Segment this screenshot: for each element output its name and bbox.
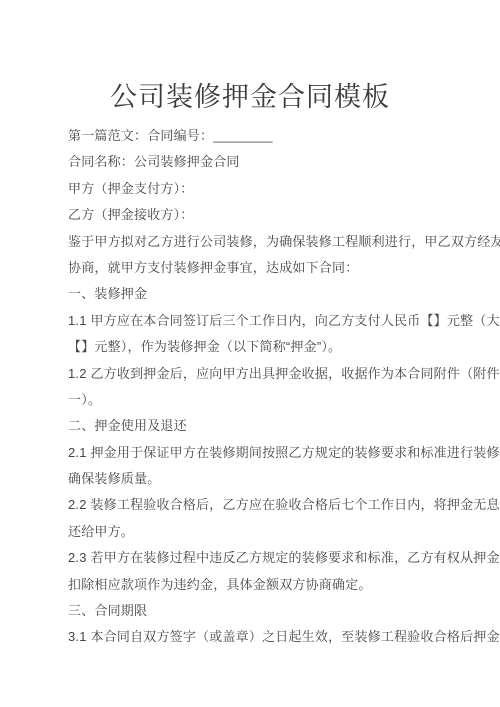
document-line: 一）。 xyxy=(68,387,440,413)
document-line: 还给甲方。 xyxy=(68,519,440,545)
document-page: 公司装修押金合同模板 第一篇范文：合同编号：________合同名称：公司装修押… xyxy=(0,0,500,707)
document-line: 【】元整），作为装修押金（以下简称“押金”）。 xyxy=(68,334,440,360)
document-title: 公司装修押金合同模板 xyxy=(0,81,500,113)
document-line: 2.2 装修工程验收合格后，乙方应在验收合格后七个工作日内，将押金无息退 xyxy=(68,492,440,518)
document-line: 甲方（押金支付方）： xyxy=(68,176,440,202)
document-line: 扣除相应款项作为违约金，具体金额双方协商确定。 xyxy=(68,572,440,598)
document-line: 1.1 甲方应在本合同签订后三个工作日内，向乙方支付人民币【】元整（大写： xyxy=(68,308,440,334)
document-line: 2.1 押金用于保证甲方在装修期间按照乙方规定的装修要求和标准进行装修， xyxy=(68,440,440,466)
document-line: 1.2 乙方收到押金后，应向甲方出具押金收据，收据作为本合同附件（附件 xyxy=(68,361,440,387)
document-line: 三、合同期限 xyxy=(68,598,440,624)
document-line: 3.1 本合同自双方签字（或盖章）之日起生效，至装修工程验收合格后押金退 xyxy=(68,624,440,650)
document-line: 二、押金使用及退还 xyxy=(68,413,440,439)
document-line: 确保装修质量。 xyxy=(68,466,440,492)
document-line: 2.3 若甲方在装修过程中违反乙方规定的装修要求和标准，乙方有权从押金中 xyxy=(68,545,440,571)
document-line: 合同名称：公司装修押金合同 xyxy=(68,149,440,175)
document-line: 鉴于甲方拟对乙方进行公司装修，为确保装修工程顺利进行，甲乙双方经友好 xyxy=(68,229,440,255)
document-line: 一、装修押金 xyxy=(68,281,440,307)
document-line: 第一篇范文：合同编号：________ xyxy=(68,123,440,149)
document-body: 第一篇范文：合同编号：________合同名称：公司装修押金合同甲方（押金支付方… xyxy=(68,123,440,651)
document-line: 协商，就甲方支付装修押金事宜，达成如下合同： xyxy=(68,255,440,281)
document-line: 乙方（押金接收方）： xyxy=(68,202,440,228)
